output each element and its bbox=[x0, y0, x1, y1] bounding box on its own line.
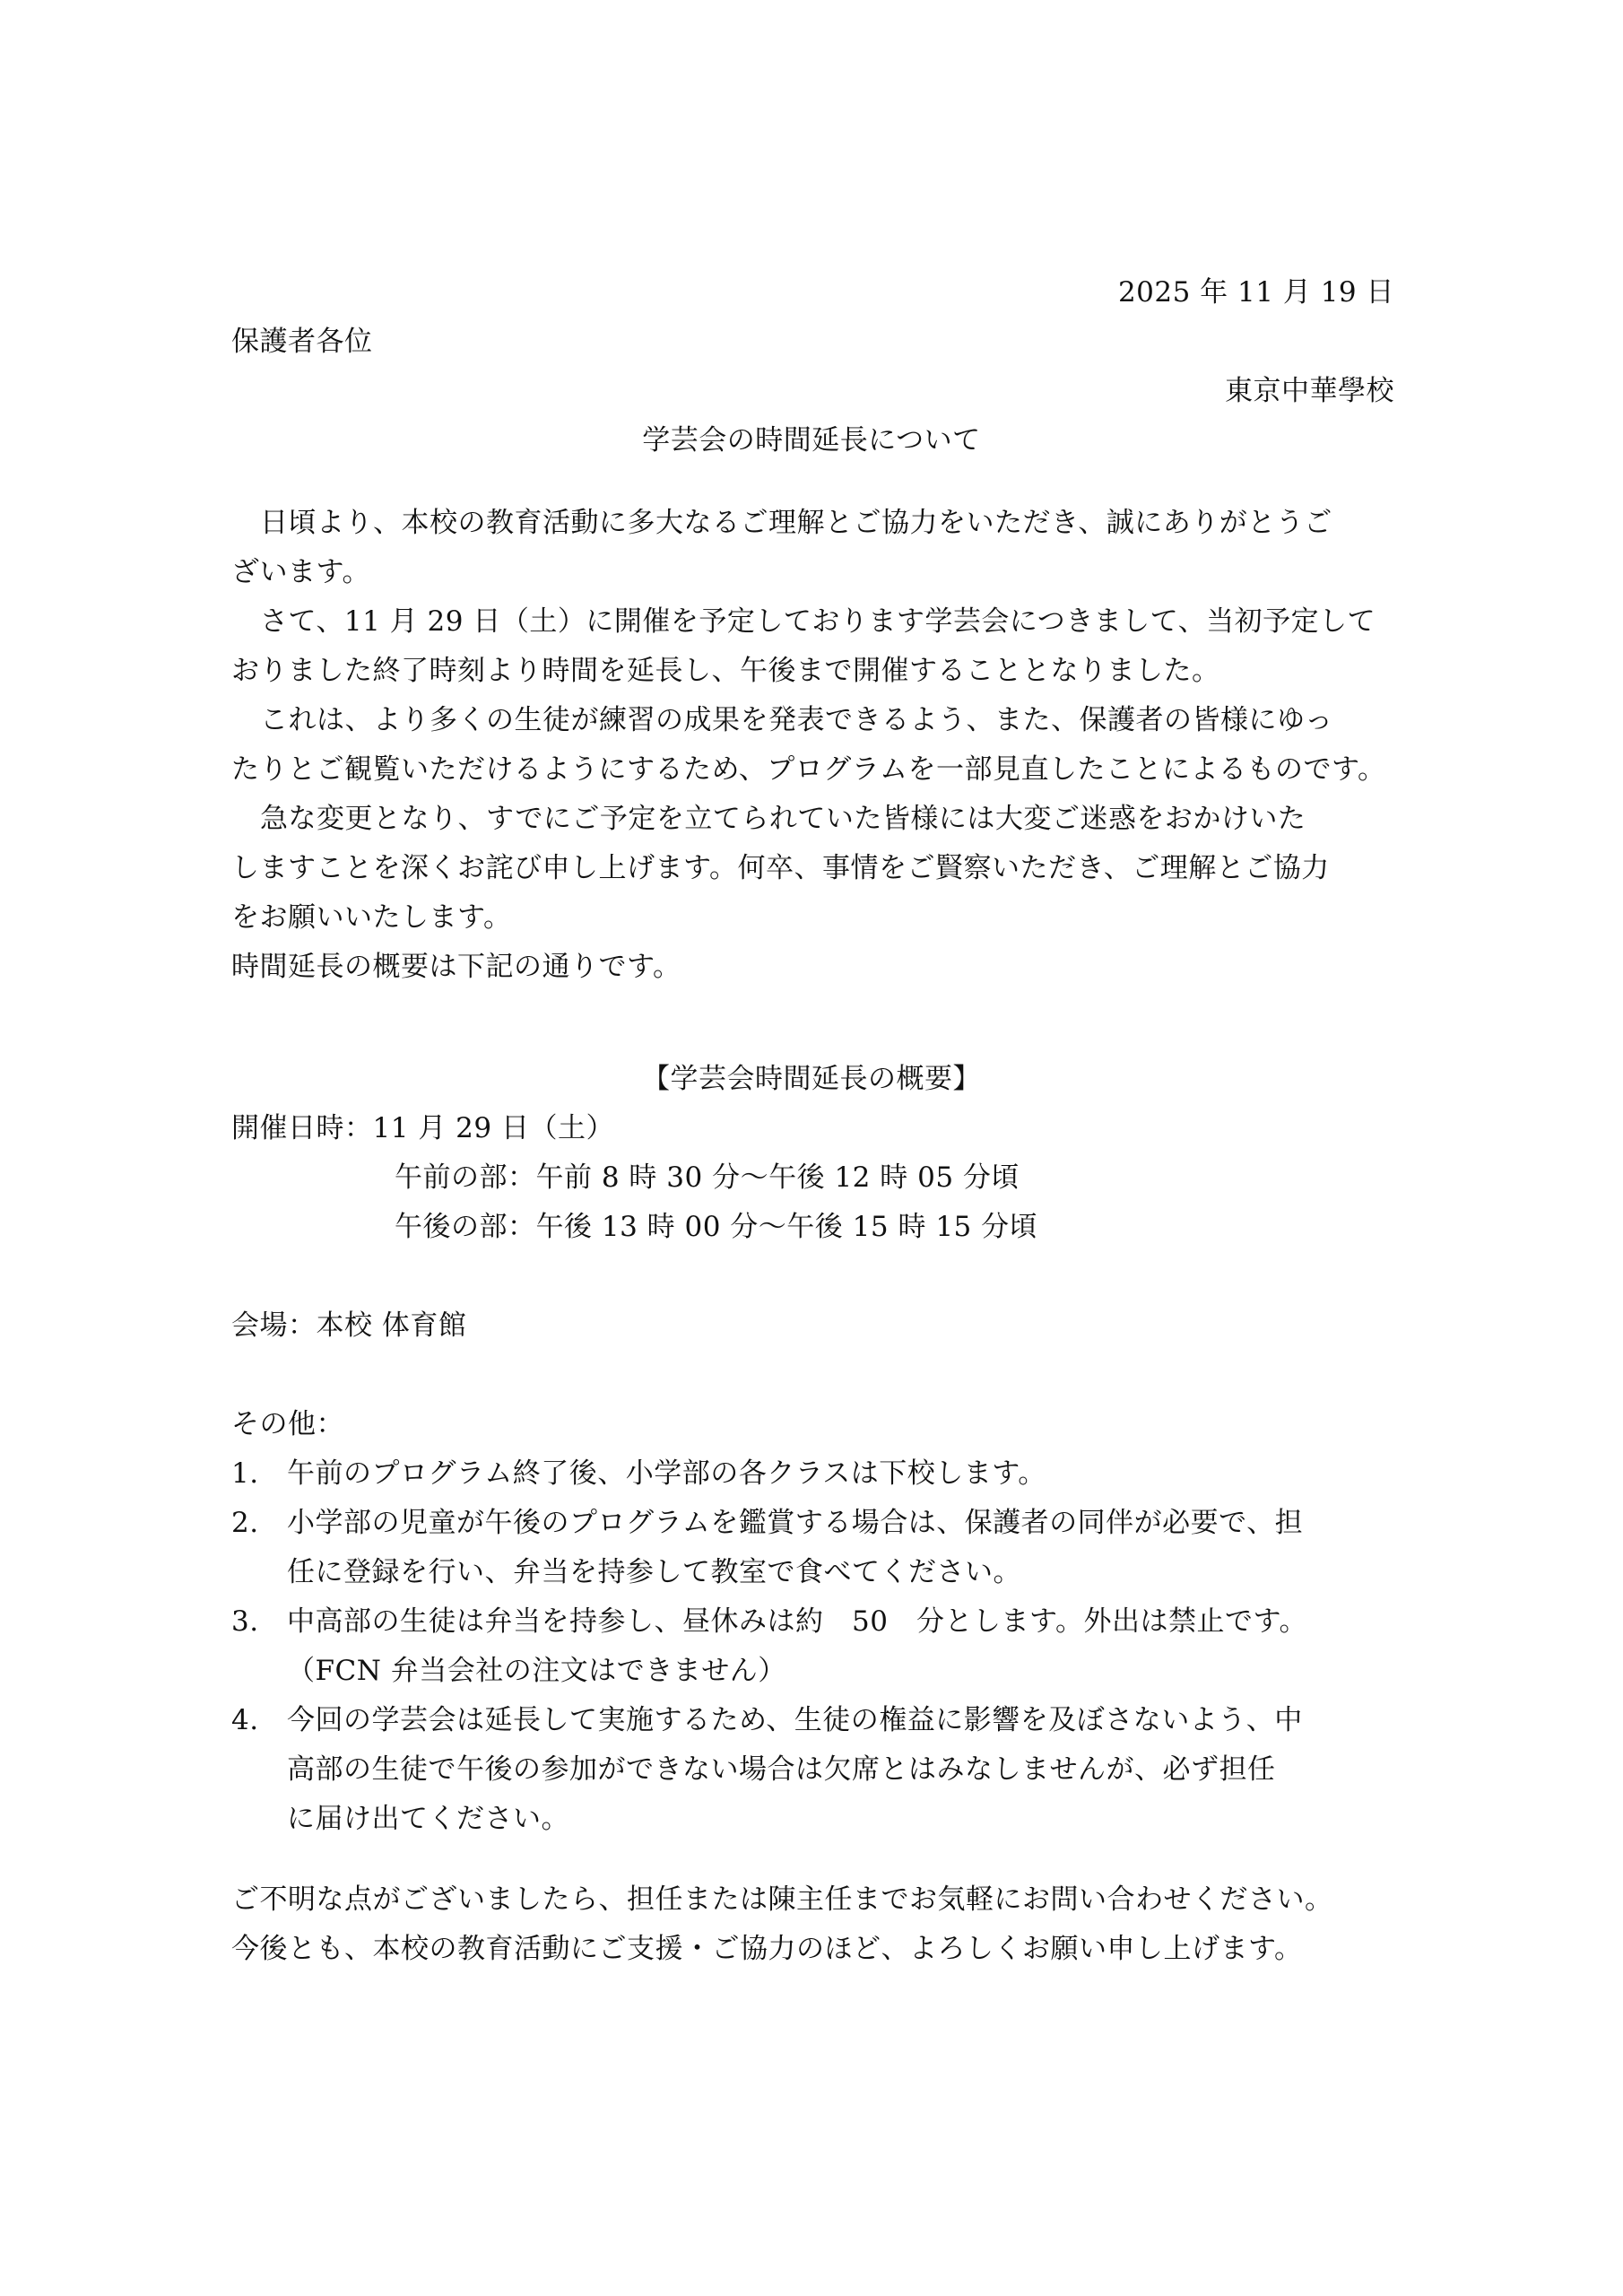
list-item-text: 小学部の児童が午後のプログラムを鑑賞する場合は、保護者の同伴が必要で、担 bbox=[287, 1505, 1303, 1541]
body-line: 日頃より、本校の教育活動に多大なるご理解とご協力をいただき、誠にありがとうご bbox=[260, 505, 1332, 541]
body-line: 時間延長の概要は下記の通りです。 bbox=[231, 949, 681, 985]
document-page: 2025 年 11 月 19 日 保護者各位 東京中華學校 学芸会の時間延長につ… bbox=[0, 0, 1623, 2296]
list-item-number: 1. bbox=[231, 1456, 259, 1492]
list-item-text: 中高部の生徒は弁当を持参し、昼休みは約 50 分とします。外出は禁止です。 bbox=[287, 1604, 1307, 1639]
summary-morning: 午前の部：午前 8 時 30 分～午後 12 時 05 分頃 bbox=[395, 1160, 1020, 1196]
body-line: これは、より多くの生徒が練習の成果を発表できるよう、また、保護者の皆様にゆっ bbox=[260, 702, 1333, 738]
body-line: たりとご観覧いただけるようにするため、プログラムを一部見直したことによるものです… bbox=[231, 752, 1385, 787]
list-item-number: 4. bbox=[231, 1702, 259, 1738]
others-heading: その他： bbox=[231, 1406, 344, 1442]
body-line: しますことを深くお詫び申し上げます。何卒、事情をご賢察いただき、ご理解とご協力 bbox=[231, 850, 1330, 886]
summary-date: 開催日時：11 月 29 日（土） bbox=[231, 1110, 614, 1146]
body-line: 急な変更となり、すでにご予定を立てられていた皆様には大変ご迷惑をおかけいた bbox=[260, 801, 1306, 837]
body-line: おりました終了時刻より時間を延長し、午後まで開催することとなりました。 bbox=[231, 653, 1220, 689]
summary-title: 【学芸会時間延長の概要】 bbox=[0, 1061, 1623, 1097]
summary-afternoon: 午後の部：午後 13 時 00 分～午後 15 時 15 分頃 bbox=[395, 1209, 1037, 1245]
list-item-number: 3. bbox=[231, 1604, 259, 1639]
body-line: ざいます。 bbox=[231, 554, 370, 590]
document-date: 2025 年 11 月 19 日 bbox=[1118, 274, 1394, 310]
recipient: 保護者各位 bbox=[231, 324, 373, 360]
closing-line: 今後とも、本校の教育活動にご支援・ご協力のほど、よろしくお願い申し上げます。 bbox=[231, 1931, 1303, 1967]
list-item-text: 午前のプログラム終了後、小学部の各クラスは下校します。 bbox=[287, 1456, 1046, 1492]
body-line: をお願いいたします。 bbox=[231, 900, 512, 935]
sender-school: 東京中華學校 bbox=[1225, 373, 1394, 409]
body-line: さて、11 月 29 日（土）に開催を予定しております学芸会につきまして、当初予… bbox=[260, 604, 1376, 639]
document-title: 学芸会の時間延長について bbox=[0, 422, 1623, 458]
list-item-text: 今回の学芸会は延長して実施するため、生徒の権益に影響を及ぼさないよう、中 bbox=[287, 1702, 1303, 1738]
list-item-text: 任に登録を行い、弁当を持参して教室で食べてください。 bbox=[287, 1554, 1021, 1590]
list-item-text: （FCN 弁当会社の注文はできません） bbox=[287, 1653, 786, 1689]
summary-venue: 会場：本校 体育館 bbox=[231, 1308, 466, 1344]
list-item-number: 2. bbox=[231, 1505, 259, 1541]
list-item-text: 高部の生徒で午後の参加ができない場合は欠席とはみなしませんが、必ず担任 bbox=[287, 1752, 1276, 1787]
closing-line: ご不明な点がございましたら、担任または陳主任までお気軽にお問い合わせください。 bbox=[231, 1882, 1333, 1918]
list-item-text: に届け出てください。 bbox=[287, 1801, 569, 1837]
